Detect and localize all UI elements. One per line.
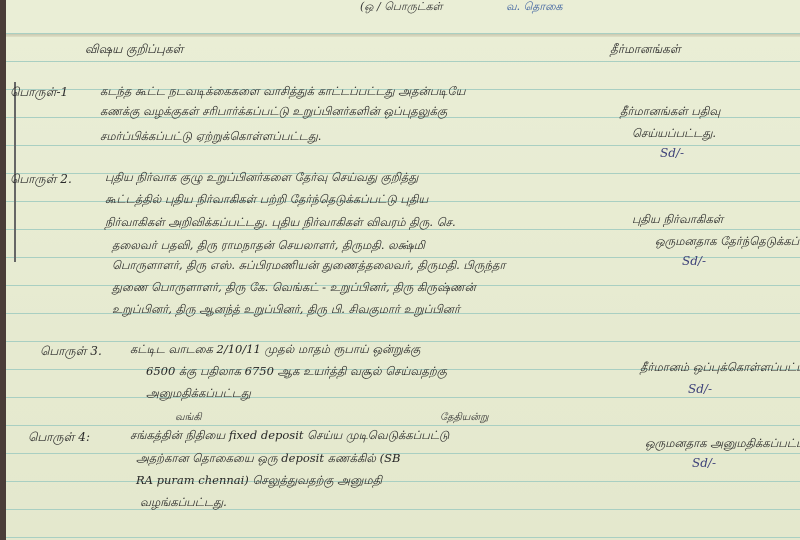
item-2-line: நிர்வாகிகள் அறிவிக்கப்பட்டது. புதிய நிர்… bbox=[105, 215, 456, 231]
item-4-label: பொருள் 4: bbox=[28, 430, 90, 446]
item-1-label: பொருள்-1 bbox=[10, 85, 68, 101]
item-4-signature: Sd/- bbox=[692, 456, 716, 470]
top-cutoff-text: (ஒ / பொருட்கள் வ. தொகை bbox=[360, 0, 563, 15]
item-2-line: பொருளாளர், திரு எஸ். சுப்பிரமணியன் துணைத… bbox=[112, 258, 505, 274]
top-strip-text: (ஒ / பொருட்கள் bbox=[360, 0, 443, 13]
resolution-column-header: தீர்மானங்கள் bbox=[610, 42, 681, 58]
item-3-label: பொருள் 3. bbox=[40, 344, 102, 360]
item-2-line: தலைவர் பதவி, திரு ராமநாதன் செயலாளர், திர… bbox=[112, 238, 425, 254]
item-4-line: அதற்கான தொகையை ஒரு deposit கணக்கில் (SB bbox=[136, 451, 400, 467]
item-1-signature: Sd/- bbox=[660, 146, 684, 160]
item-4-insert-note: தேதியன்று bbox=[440, 412, 488, 424]
paper-fold-line bbox=[6, 34, 800, 37]
item-2-signature: Sd/- bbox=[682, 254, 706, 268]
item-3-line: கட்டிட வாடகை 2/10/11 முதல் மாதம் ரூபாய் … bbox=[130, 342, 420, 358]
subject-column-header: விஷய குறிப்புகள் bbox=[85, 42, 183, 58]
item-2-resolution: ஒருமனதாக தேர்ந்தெடுக்கப்பட்டனர் bbox=[655, 234, 800, 250]
item-1-line: கணக்கு வழக்குகள் சரிபார்க்கப்பட்டு உறுப்… bbox=[100, 104, 447, 120]
item-3-line: 6500 க்கு பதிலாக 6750 ஆக உயர்த்தி வசூல் … bbox=[146, 364, 447, 380]
item-4-insert-note: வங்கி bbox=[175, 412, 202, 424]
item-1-resolution: தீர்மானங்கள் பதிவு bbox=[620, 104, 720, 120]
item-2-line: புதிய நிர்வாக குழு உறுப்பினர்களை தேர்வு … bbox=[105, 170, 418, 186]
item-2-line: உறுப்பினர், திரு ஆனந்த் உறுப்பினர், திரு… bbox=[112, 302, 460, 318]
item-1-line: சமர்ப்பிக்கப்பட்டு ஏற்றுக்கொள்ளப்பட்டது. bbox=[100, 129, 321, 145]
item-3-resolution: தீர்மானம் ஒப்புக்கொள்ளப்பட்டது bbox=[640, 360, 800, 376]
item-2-line: கூட்டத்தில் புதிய நிர்வாகிகள் பற்றி தேர்… bbox=[105, 192, 428, 208]
item-1-line: கடந்த கூட்ட நடவடிக்கைகளை வாசித்துக் காட்… bbox=[100, 84, 465, 100]
item-4-line: RA puram chennai) செலுத்துவதற்கு அனுமதி bbox=[136, 473, 382, 489]
item-1-resolution: செய்யப்பட்டது. bbox=[632, 126, 716, 142]
item-4-line: சங்கத்தின் நிதியை fixed deposit செய்ய மு… bbox=[130, 428, 449, 444]
item-3-line: அனுமதிக்கப்பட்டது bbox=[146, 386, 251, 402]
item-4-line: வழங்கப்பட்டது. bbox=[140, 495, 227, 511]
item-2-label: பொருள் 2. bbox=[10, 172, 72, 188]
top-strip-blue-note: வ. தொகை bbox=[506, 0, 562, 13]
item-2-resolution: புதிய நிர்வாகிகள் bbox=[632, 212, 723, 228]
item-3-signature: Sd/- bbox=[688, 382, 712, 396]
item-2-line: துணை பொருளாளர், திரு கே. வெங்கட் - உறுப்… bbox=[112, 280, 476, 296]
item-4-resolution: ஒருமனதாக அனுமதிக்கப்பட்டது bbox=[645, 436, 800, 452]
